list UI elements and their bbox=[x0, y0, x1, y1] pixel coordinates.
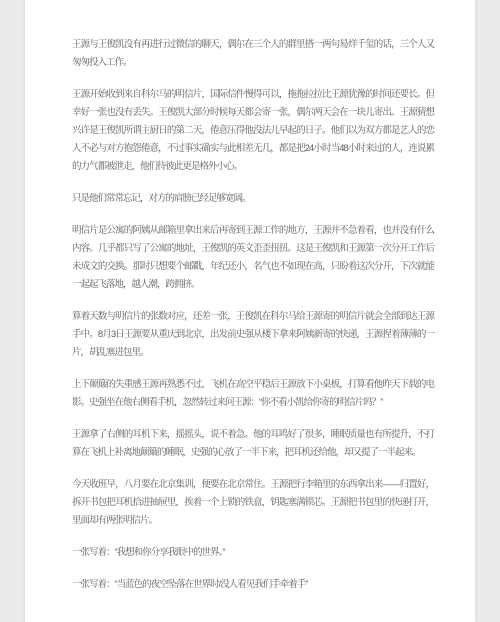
page-background: 王源与王俊凯没有再进行过微信的聊天，偶尔在三个人的群里搭一两句易烊千玺的话，三个… bbox=[0, 0, 500, 622]
paragraph: 今天收班早，八月要在北京集训，便要在北京常住。王源把行李箱里的东西拿出来——归置… bbox=[72, 476, 434, 530]
document-page: 王源与王俊凯没有再进行过微信的聊天，偶尔在三个人的群里搭一两句易烊千玺的话，三个… bbox=[25, 0, 475, 622]
paragraph: 明信片是公寓的阿姨从邮箱里拿出来后再寄到王源工作的地方，王源并不急着看，也并没有… bbox=[72, 222, 434, 294]
text-column: 王源与王俊凯没有再进行过微信的聊天，偶尔在三个人的群里搭一两句易烊千玺的话，三个… bbox=[72, 36, 434, 608]
paragraph: 王源开始收到来自科尔马的明信片，国际信件慢得可以，拖拖拉拉比王源犹豫的时间还要长… bbox=[72, 86, 434, 176]
paragraph: 一张写着：“我想和你分享我眼中的世界。” bbox=[72, 544, 434, 562]
paragraph: 一张写着：“当蓝色的夜空坠落在世界时/没人看见我们手牵着手” bbox=[72, 576, 434, 594]
paragraph: 上下颠簸的失重感王源再熟悉不过，飞机在高空平稳后王源放下小桌板，打算看他昨天下载… bbox=[72, 376, 434, 412]
paragraph: 王源拿了右侧的耳机下来，摇摇头，说不着急。他的耳鸣好了很多，睡眠质量也有所提升，… bbox=[72, 426, 434, 462]
paragraph: 算着天数与明信片的张数对应，还差一张，王俊凯在科尔马给王源寄的明信片就会全部到达… bbox=[72, 308, 434, 362]
paragraph: 只是他们常常忘记，对方的肩膀已经足够宽阔。 bbox=[72, 190, 434, 208]
paragraph: 王源与王俊凯没有再进行过微信的聊天，偶尔在三个人的群里搭一两句易烊千玺的话，三个… bbox=[72, 36, 434, 72]
